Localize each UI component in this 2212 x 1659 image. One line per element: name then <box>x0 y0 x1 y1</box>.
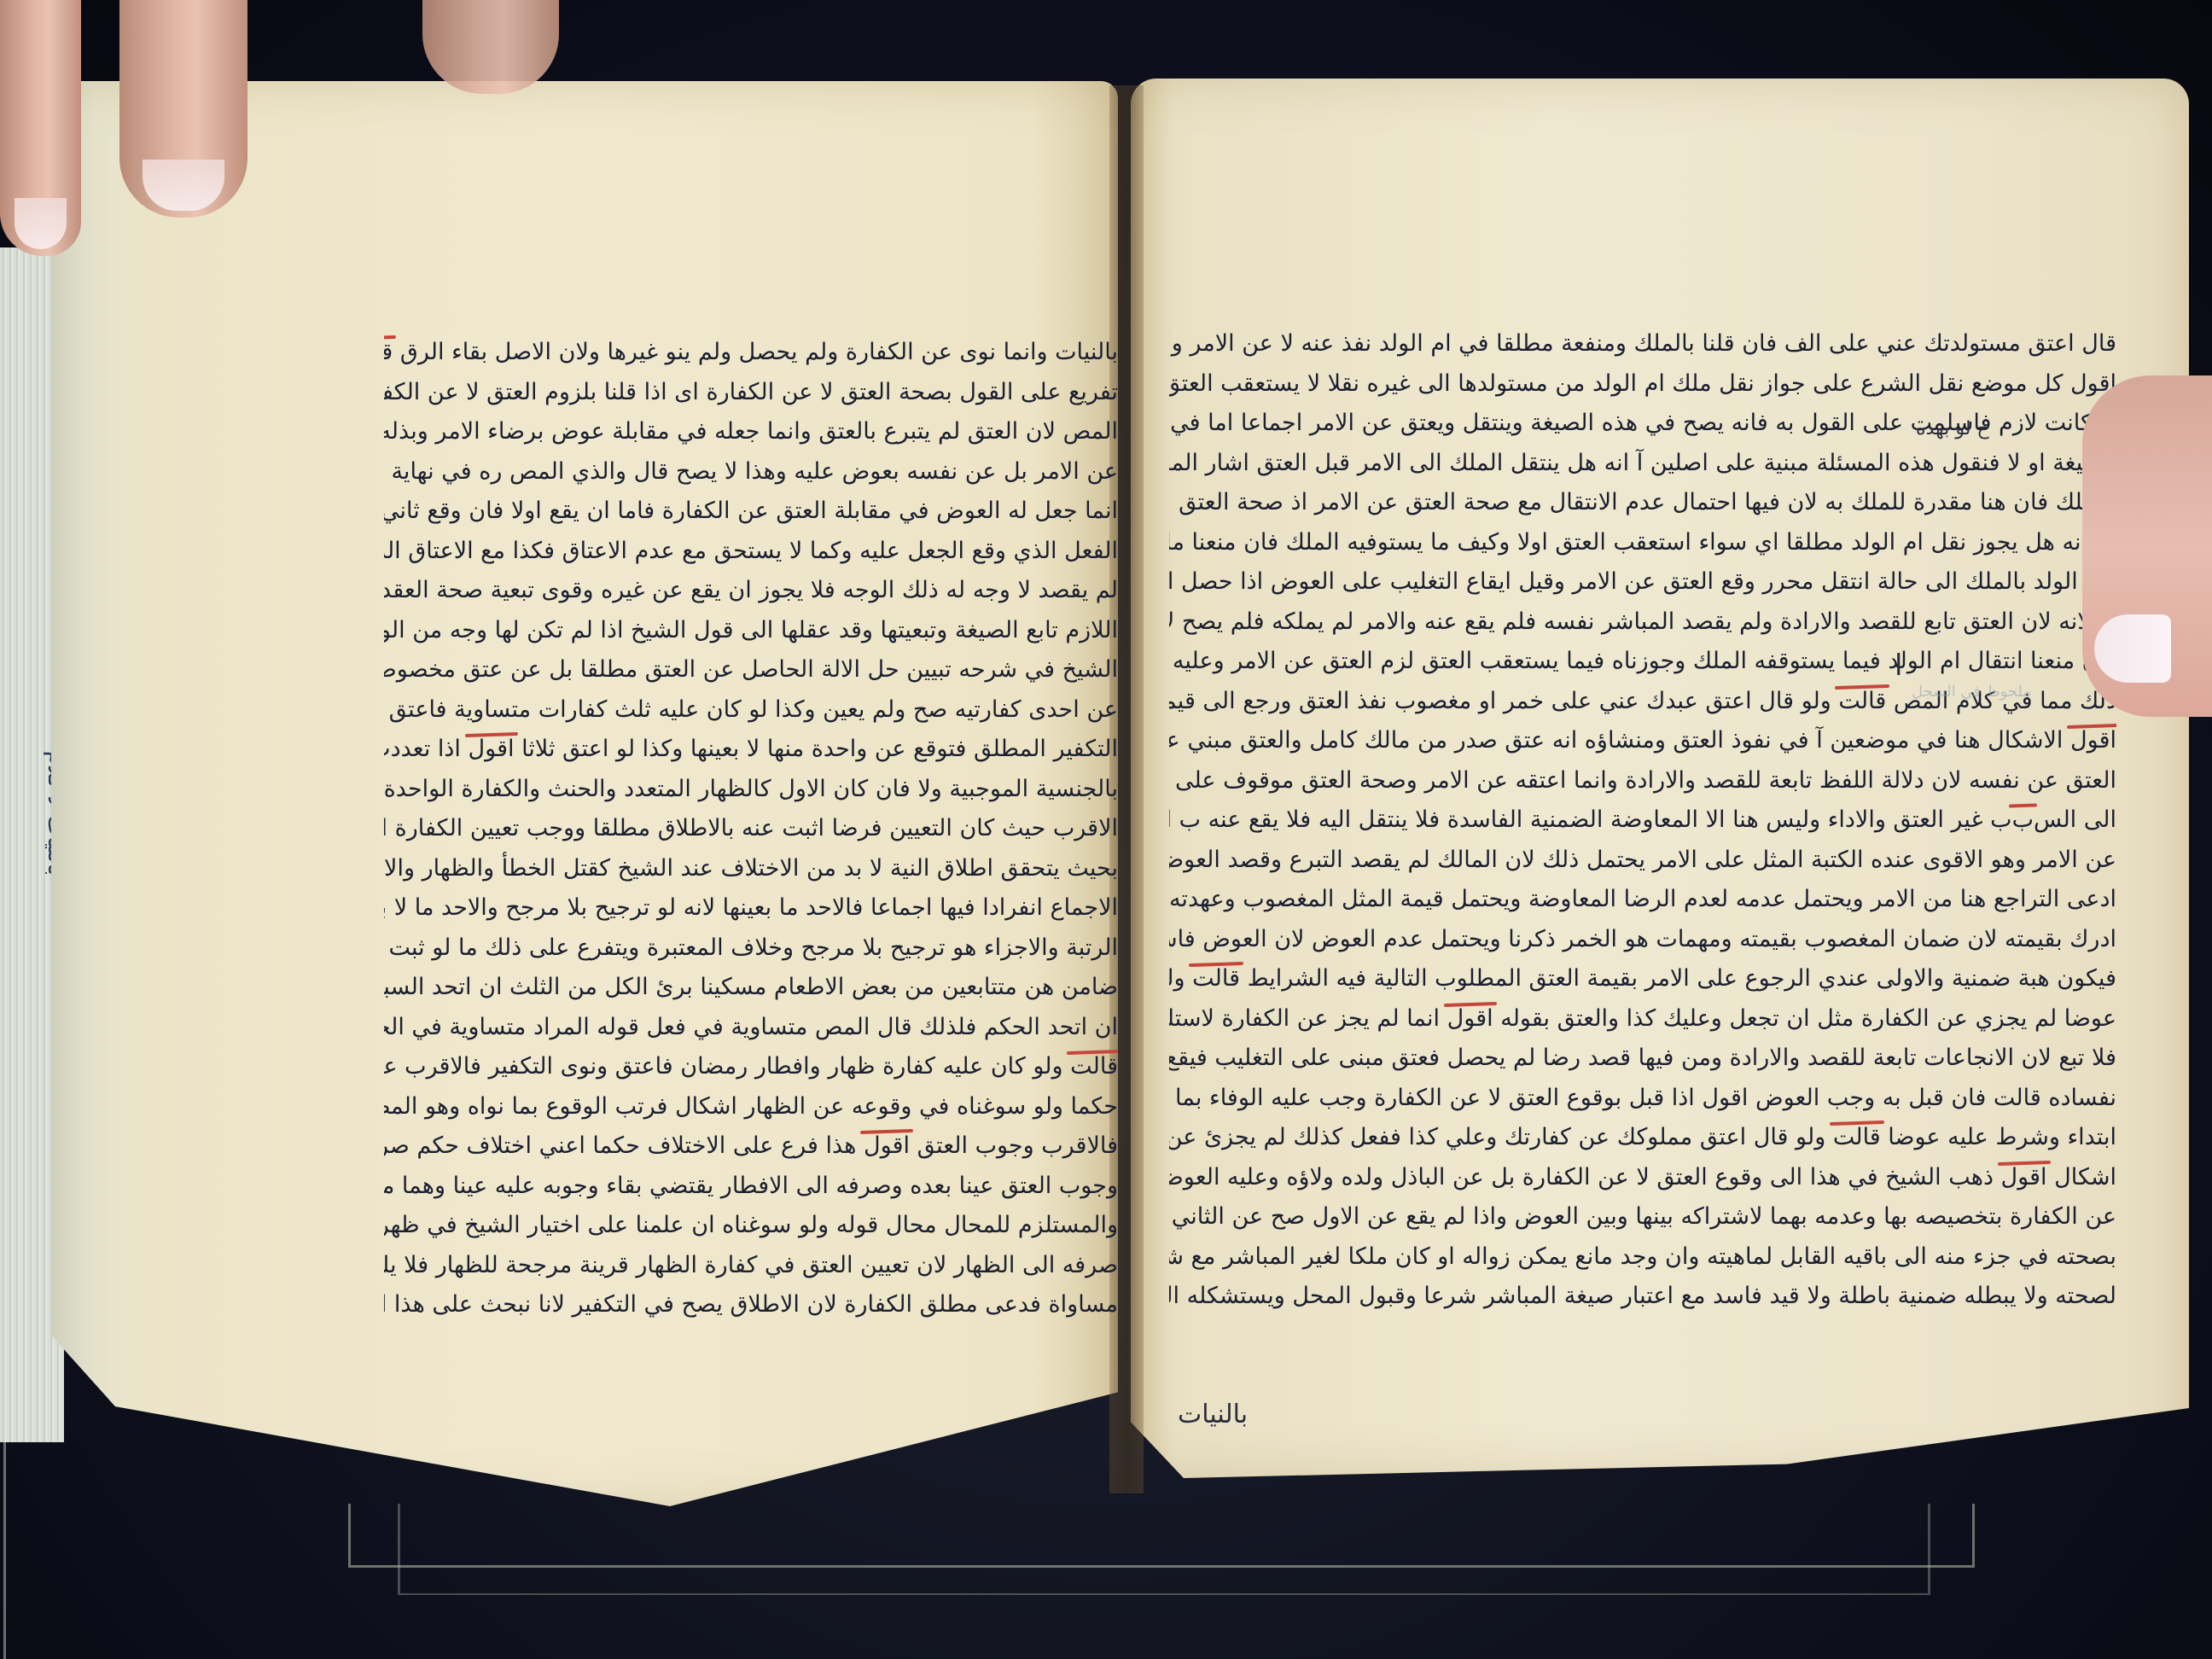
manuscript-line: انما جعل له العوض في مقابلة العتق عن الك… <box>384 492 1118 532</box>
manuscript-line: ب انه هل يجوز نقل ام الولد مطلقا اي سواء… <box>1169 523 2116 563</box>
faded-offset-mark <box>1886 358 1988 410</box>
manuscript-line: التكفير المطلق فتوقع عن واحدة منها لا بع… <box>384 730 1118 770</box>
manuscript-line: تفريع على القول بصحة العتق لا عن الكفارة… <box>384 373 1118 413</box>
manuscript-line: ادرك بقيمته لان ضمان المغصوب بقيمته ومهم… <box>1169 920 2116 960</box>
manuscript-line: بطلانه لان العتق تابع للقصد والارادة ولم… <box>1169 602 2116 643</box>
rubric-word: قالت <box>1070 1047 1118 1087</box>
table-frame-inner-2 <box>398 1504 1930 1595</box>
manuscript-line: عن الكفارة بتخصيصه بها وعدمه بهما لاشترا… <box>1169 1197 2116 1237</box>
manuscript-line: نفساده قالت فان قبل به وجب العوض اقول اذ… <box>1169 1079 2116 1119</box>
faded-stamp: ملحوظ في السجل <box>1877 683 2065 777</box>
manuscript-line: المص لان العتق لم يتبرع بالعتق وانما جعل… <box>384 412 1118 452</box>
manuscript-line: عن الولد بالملك الى حالة انتقل محرر وقع … <box>1169 562 2116 602</box>
manuscript-line: وان منعنا انتقال ام الولد فيما يستوقفه ا… <box>1169 642 2116 682</box>
manuscript-line: فالاقرب وجوب العتق اقول هذا فرع على الاخ… <box>384 1126 1118 1167</box>
manuscript-line: مساواة فدعى مطلق الكفارة لان الاطلاق يصح… <box>384 1285 1118 1325</box>
manuscript-line: لم يقصد لا وجه له ذلك الوجه فلا يجوز ان … <box>384 571 1118 611</box>
manuscript-line: فيكون هبة ضمنية والاولى عندي الرجوع على … <box>1169 959 2116 999</box>
manuscript-line: قالت ولو كان عليه كفارة ظهار وافطار رمضا… <box>384 1047 1118 1087</box>
manuscript-line: عن الامر وهو الاقوى عنده الكتبة المثل عل… <box>1169 841 2116 881</box>
table-frame-left <box>3 1442 6 1659</box>
manuscript-line: الشيخ في شرحه تبيين حل الالة الحاصل عن ا… <box>384 650 1118 690</box>
marginal-mark: ا <box>1895 649 1902 683</box>
rubric-word: اقول <box>469 730 515 770</box>
manuscript-line: عوضا لم يجزي عن الكفارة مثل ان تجعل وعلي… <box>1169 999 2116 1039</box>
rubric-word: ب <box>2012 800 2034 841</box>
manuscript-line: اشكال اقول ذهب الشيخ في هذا الى وقوع الع… <box>1169 1158 2116 1198</box>
fingernail <box>15 198 67 249</box>
fingernail <box>143 160 224 211</box>
manuscript-line: بحيث يتحقق اطلاق النية لا بد من الاختلاف… <box>384 849 1118 889</box>
manuscript-line: عن الامر بل عن نفسه بعوض عليه وهذا لا يص… <box>384 452 1118 492</box>
manuscript-line: ادعى التراجع هنا من الامر ويحتمل عدمه لع… <box>1169 880 2116 920</box>
rubric-word: اقول <box>1447 999 1493 1039</box>
manuscript-line: ابتداء وشرط عليه عوضا قالت ولو قال اعتق … <box>1169 1118 2116 1158</box>
manuscript-line: لصحته ولا يبطله ضمنية باطلة ولا قيد فاسد… <box>1169 1277 2116 1317</box>
rubric-word: اقول <box>2070 721 2116 761</box>
catchword: بالنيات <box>1178 1400 1248 1429</box>
manuscript-line: الرتبة والاجزاء هو ترجيح بلا مرجح وخلاف … <box>384 928 1118 969</box>
manuscript-line: عن احدى كفارتيه صح ولم يعين وكذا لو كان … <box>384 690 1118 731</box>
manuscript-line: الفعل الذي وقع الجعل عليه وكما لا يستحق … <box>384 532 1118 572</box>
right-thumb <box>2082 375 2212 717</box>
manuscript-line: حكما ولو سوغناه في وقوعه عن الظهار اشكال… <box>384 1087 1118 1127</box>
manuscript-line: بالملك فان هنا مقدرة للملك به لان فيها ا… <box>1169 483 2116 523</box>
rubric-word: قالت <box>384 333 393 373</box>
manuscript-line: بالجنسية الموجبية ولا فان كان الاول كالظ… <box>384 770 1118 810</box>
rubric-word: اقول <box>2001 1158 2047 1198</box>
rubric-word: قالت <box>1192 959 1240 999</box>
manuscript-line: صرفه الى الظهار لان تعيين العتق في كفارة… <box>384 1246 1118 1286</box>
manuscript-line: فلا تبع لان الانجاعات تابعة للقصد والارا… <box>1169 1039 2116 1079</box>
rubric-word: قالت <box>1833 1118 1881 1158</box>
manuscript-line: بالنيات وانما نوى عن الكفارة ولم يحصل ول… <box>384 333 1118 373</box>
manuscript-line: والمستلزم للمحال محال قوله ولو سوغناه ان… <box>384 1206 1118 1246</box>
manuscript-line: اللازم تابع الصيغة وتبعيتها وقد عقلها ال… <box>384 611 1118 651</box>
manuscript-line: الصيغة او لا فنقول هذه المسئلة مبنية على… <box>1169 444 2116 484</box>
right-text-block: قال اعتق مستولدتك عني على الف فان قلنا ب… <box>1169 324 2116 1317</box>
marginal-note: ح لو بهذه <box>1916 418 1989 440</box>
manuscript-line: وجوب العتق عينا بعده وصرفه الى الافطار ي… <box>384 1167 1118 1207</box>
rubric-word: اقول <box>864 1126 910 1167</box>
left-finger-1 <box>0 0 81 256</box>
manuscript-line: الاجماع انفرادا فيها اجماعا فالاحد ما بع… <box>384 888 1118 928</box>
left-finger-2 <box>119 0 247 218</box>
thumbnail <box>2094 614 2171 683</box>
manuscript-line: الى السبب غير العتق والاداء وليس هنا الا… <box>1169 800 2116 841</box>
manuscript-line: الاقرب حيث كان التعيين فرضا اثبت عنه بال… <box>384 809 1118 849</box>
left-finger-3 <box>422 0 559 94</box>
manuscript-line: ضامن هن متتابعين من بعض الاطعام مسكينا ب… <box>384 968 1118 1008</box>
manuscript-photo: بالنيات لا كلام بالنيات وانما نوى عن الك… <box>0 0 2212 1659</box>
manuscript-line: بصحته في جزء منه الى باقيه القابل لماهيت… <box>1169 1237 2116 1278</box>
left-text-block: بالنيات وانما نوى عن الكفارة ولم يحصل ول… <box>384 333 1118 1325</box>
manuscript-line: ان اتحد الحكم فلذلك قال المص متساوية في … <box>384 1008 1118 1048</box>
